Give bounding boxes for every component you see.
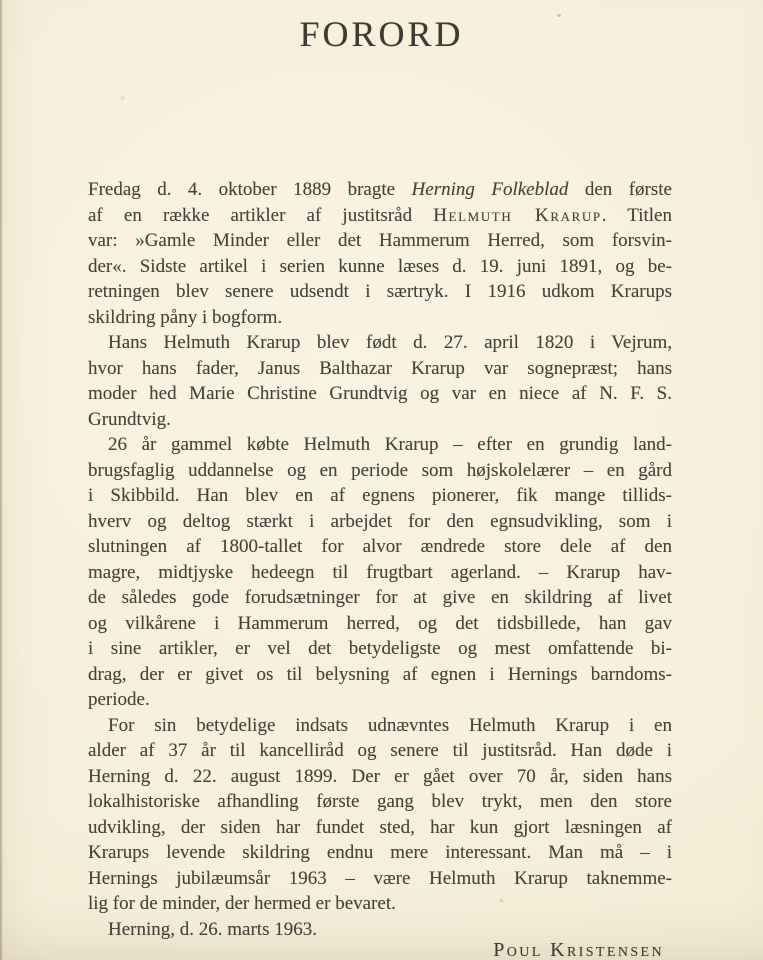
- text-line: Krarups levende skildring endnu mere int…: [88, 840, 672, 866]
- text-segment: Fredag d. 4. oktober 1889 bragte: [88, 179, 412, 200]
- text-line: periode.: [88, 687, 672, 713]
- text-line: Grundtvig.: [88, 407, 672, 433]
- author-signature: Poul Kristensen: [88, 940, 672, 960]
- text-line: retningen blev senere udsendt i særtryk.…: [88, 279, 672, 305]
- text-line: af en række artikler af justitsråd Helmu…: [88, 203, 672, 229]
- text-line: var: »Gamle Minder eller det Hammerum He…: [88, 228, 672, 254]
- text-line: i sine artikler, er vel det betydeligste…: [88, 636, 672, 662]
- text-line: udvikling, der siden har fundet sted, ha…: [88, 815, 672, 841]
- text-line: moder hed Marie Christine Grundtvig og v…: [88, 381, 672, 407]
- text-line: For sin betydelige indsats udnævntes Hel…: [88, 713, 672, 739]
- text-line: brugsfaglig uddannelse og en periode som…: [88, 458, 672, 484]
- text-segment: den første: [568, 179, 672, 200]
- text-line: Fredag d. 4. oktober 1889 bragte Herning…: [88, 177, 672, 203]
- paragraph-3: 26 år gammel købte Helmuth Krarup – efte…: [88, 432, 672, 713]
- text-line: lig for de minder, der hermed er bevaret…: [88, 891, 672, 917]
- text-segment: af en række artikler af justitsråd: [88, 205, 433, 226]
- paragraph-2: Hans Helmuth Krarup blev født d. 27. apr…: [88, 330, 672, 432]
- text-line: hvor hans fader, Janus Balthazar Krarup …: [88, 356, 672, 382]
- paper-speck: [120, 96, 125, 100]
- scanned-book-page: FORORD Fredag d. 4. oktober 1889 bragte …: [0, 0, 763, 960]
- text-line: lokalhistoriske afhandling første gang b…: [88, 789, 672, 815]
- paragraph-1: Fredag d. 4. oktober 1889 bragte Herning…: [88, 177, 672, 330]
- text-line: og vilkårene i Hammerum herred, og det t…: [88, 611, 672, 637]
- page-title: FORORD: [0, 0, 763, 55]
- text-line: hverv og deltog stærkt i arbejdet for de…: [88, 509, 672, 535]
- newspaper-name-italic: Herning Folkeblad: [412, 179, 569, 200]
- text-segment: . Titlen: [602, 205, 672, 226]
- text-line: slutningen af 1800-tallet for alvor ændr…: [88, 534, 672, 560]
- text-line: de således gode forudsætninger for at gi…: [88, 585, 672, 611]
- text-line: skildring påny i bogform.: [88, 305, 672, 331]
- paper-speck: [557, 14, 561, 17]
- text-line: drag, der er givet os til belysning af e…: [88, 662, 672, 688]
- text-line: Hans Helmuth Krarup blev født d. 27. apr…: [88, 330, 672, 356]
- page-left-edge-shadow: [0, 0, 3, 960]
- text-line: alder af 37 år til kancelliråd og senere…: [88, 738, 672, 764]
- text-line: Herning d. 22. august 1899. Der er gået …: [88, 764, 672, 790]
- person-name-smallcaps: Helmuth Krarup: [433, 205, 602, 226]
- text-line: i Skibbild. Han blev en af egnens pioner…: [88, 483, 672, 509]
- paper-speck: [500, 899, 503, 902]
- paragraph-4: For sin betydelige indsats udnævntes Hel…: [88, 713, 672, 917]
- text-line: magre, midtjyske hedeegn til frugtbart a…: [88, 560, 672, 586]
- text-line: 26 år gammel købte Helmuth Krarup – efte…: [88, 432, 672, 458]
- text-block: Fredag d. 4. oktober 1889 bragte Herning…: [88, 177, 672, 960]
- text-line: Hernings jubilæumsår 1963 – være Helmuth…: [88, 866, 672, 892]
- text-line: der«. Sidste artikel i serien kunne læse…: [88, 254, 672, 280]
